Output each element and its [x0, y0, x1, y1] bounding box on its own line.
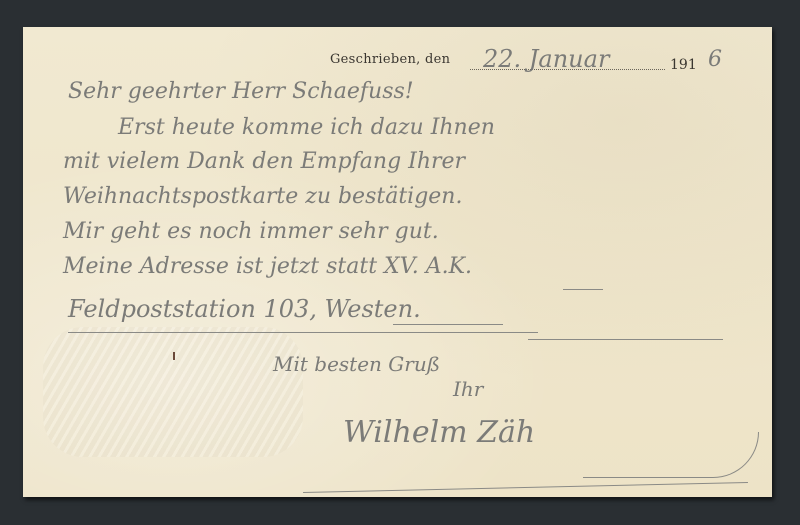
underline-number: [393, 324, 503, 325]
handwritten-year-digit: 6: [708, 47, 722, 72]
signature-underline: [303, 482, 748, 493]
signature-flourish: [583, 432, 759, 478]
signature: Wilhelm Zäh: [343, 415, 535, 450]
printed-header-label: Geschrieben, den: [330, 52, 450, 67]
closing-ihr: Ihr: [453, 377, 483, 401]
ink-mark: [173, 352, 175, 360]
body-line-4: Mir geht es noch immer sehr gut.: [63, 219, 439, 244]
address-line: Feldpoststation 103, Westen.: [68, 295, 421, 323]
printed-year-prefix: 191: [670, 57, 697, 73]
handwritten-date: 22. Januar: [483, 45, 609, 73]
underline-westen: [528, 339, 723, 340]
body-line-3: Weihnachtspostkarte zu bestätigen.: [63, 184, 462, 209]
body-line-1: Erst heute komme ich dazu Ihnen: [118, 115, 495, 140]
closing-line: Mit besten Gruß: [273, 352, 440, 376]
body-line-2: mit vielem Dank den Empfang Ihrer: [63, 149, 465, 174]
body-line-5: Meine Adresse ist jetzt statt XV. A.K.: [63, 254, 472, 279]
embossed-pattern: [43, 327, 303, 457]
salutation-line: Sehr geehrter Herr Schaefuss!: [68, 79, 414, 104]
underline-feldpost: [68, 332, 538, 333]
underline-xv: [563, 289, 603, 290]
postcard: Geschrieben, den 191 22. Januar 6 Sehr g…: [23, 27, 772, 497]
